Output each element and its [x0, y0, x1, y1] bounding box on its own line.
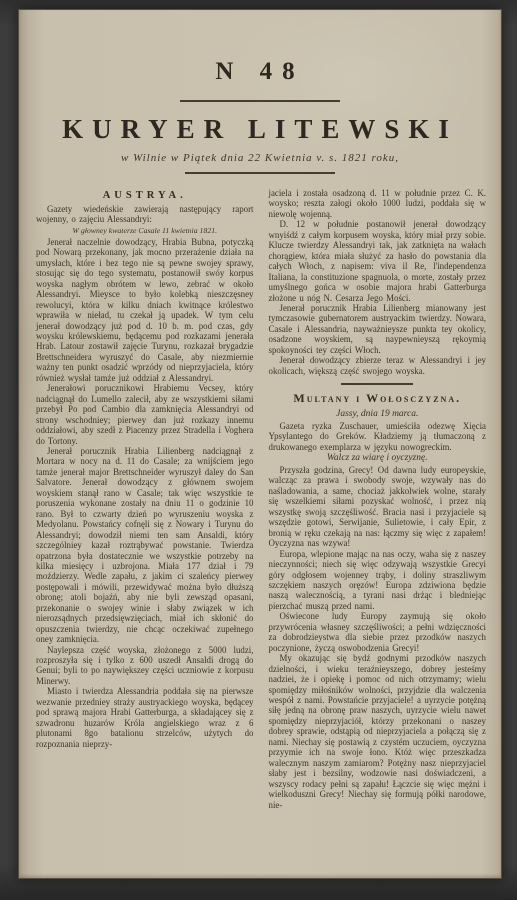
paragraph: Europa, wlepione mając na nas oczy, waha…	[269, 549, 487, 612]
masthead: N 48 KURYER LITEWSKI w Wilnie w Piątek d…	[19, 58, 501, 174]
issue-number: N 48	[19, 58, 501, 86]
newspaper-title: KURYER LITEWSKI	[19, 114, 501, 145]
right-column: jaciela i została osadzoną d. 11 w połud…	[269, 188, 487, 810]
paragraph: Jenerał porucznik Hrabia Lilienberg mian…	[269, 303, 487, 355]
paragraph: Oświecone ludy Europy zaymują się około …	[269, 611, 487, 653]
left-column: AUSTRYA. Gazety wiedeńskie zawierają nas…	[36, 188, 254, 810]
paragraph: Jenerał dowodzący zbierze teraz w Alessa…	[269, 355, 487, 376]
paragraph-continuation: jaciela i została osadzoną d. 11 w połud…	[269, 188, 487, 219]
paragraph: D. 12 w południe postanowił jenerał dowo…	[269, 219, 487, 303]
masthead-rule-top	[180, 100, 340, 102]
paragraph: Jenerał porucznik Hrabia Lilienberg nadc…	[36, 446, 254, 645]
paragraph: Miasto i twierdza Alessandria poddała si…	[36, 686, 254, 749]
section-divider-rule	[341, 383, 413, 385]
jassy-dateline: Jassy, dnia 19 marca.	[269, 409, 487, 420]
paragraph: Jenerał naczelnie dowodzący, Hrabia Bubn…	[36, 237, 254, 383]
proclamation-motto: Walcz za wiarę i oyczyznę.	[269, 453, 487, 464]
paragraph: Gazety wiedeńskie zawierają następujący …	[36, 204, 254, 225]
section-heading-austrya: AUSTRYA.	[36, 190, 254, 201]
paragraph: My okazując się bydź godnymi przodków na…	[269, 653, 487, 810]
headquarters-dateline: W głowney kwaterze Casale 11 kwietnia 18…	[36, 226, 254, 236]
section-heading-multany: Multany i Wołosczyzna.	[269, 391, 487, 406]
masthead-dateline: w Wilnie w Piątek dnia 22 Kwietnia v. s.…	[19, 152, 501, 164]
paragraph: Przyszła godzina, Grecy! Od dawna ludy e…	[269, 465, 487, 549]
paragraph: Jenerałowi porucznikowi Hrabiemu Vecsey,…	[36, 383, 254, 446]
article-columns: AUSTRYA. Gazety wiedeńskie zawierają nas…	[19, 174, 501, 810]
paragraph: Naylepsza część woyska, złożonego z 5000…	[36, 645, 254, 687]
newspaper-page: N 48 KURYER LITEWSKI w Wilnie w Piątek d…	[18, 9, 502, 879]
paragraph: Gazeta ryzka Zuschauer, umieściła odezwę…	[269, 421, 487, 452]
